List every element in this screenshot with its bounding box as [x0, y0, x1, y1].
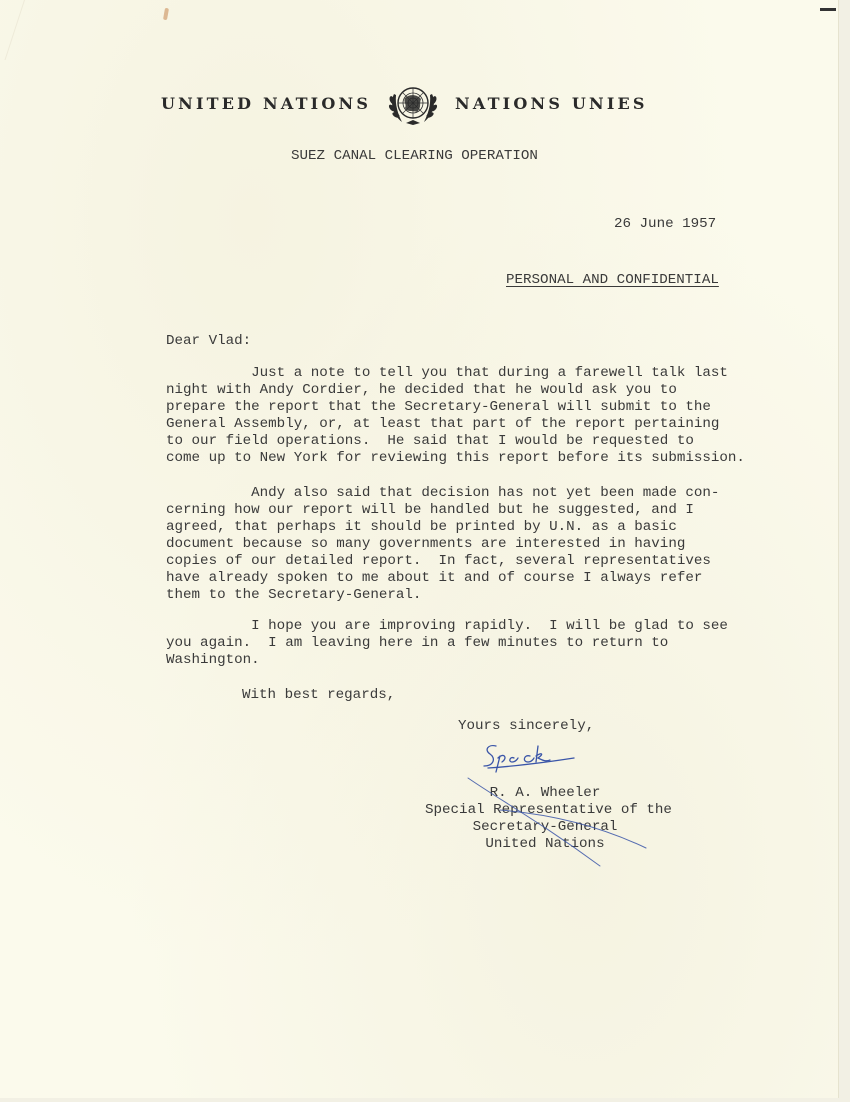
body-paragraph: Just a note to tell you that during a fa…: [166, 365, 745, 467]
sign-off: Yours sincerely,: [458, 718, 594, 735]
letterhead: UNITED NATIONS: [0, 80, 800, 130]
closing-line: With best regards,: [242, 687, 395, 704]
classification-label: PERSONAL AND CONFIDENTIAL: [506, 272, 719, 289]
body-paragraph: I hope you are improving rapidly. I will…: [166, 618, 728, 669]
body-paragraph: Andy also said that decision has not yet…: [166, 485, 719, 604]
handwritten-signature: Speck: [478, 738, 578, 774]
letterhead-french: NATIONS UNIES: [455, 94, 648, 113]
un-emblem-icon: [386, 80, 440, 130]
salutation: Dear Vlad:: [166, 333, 251, 350]
margin-mark: [820, 8, 836, 11]
letterhead-english: UNITED NATIONS: [161, 94, 371, 113]
letterhead-subheading: SUEZ CANAL CLEARING OPERATION: [291, 148, 538, 165]
letter-date: 26 June 1957: [614, 216, 716, 233]
letter-page: UNITED NATIONS: [0, 0, 839, 1098]
signature-block: R. A. Wheeler Special Representative of …: [425, 785, 665, 853]
paper-stain: [163, 8, 169, 21]
paper-fold-mark: [0, 0, 25, 60]
